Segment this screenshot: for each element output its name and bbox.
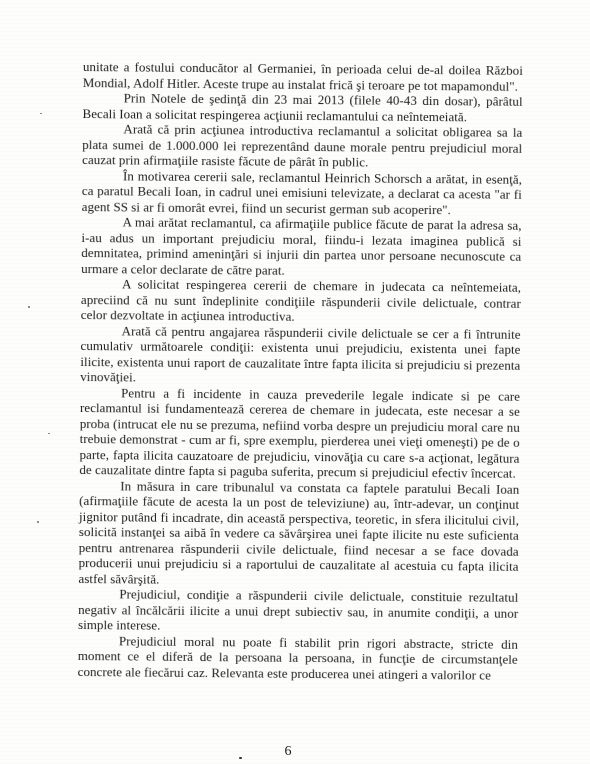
paragraph: In măsura in care tribunalul va constata… bbox=[78, 477, 519, 589]
paragraph: Prin Notele de şedinţă din 23 mai 2013 (… bbox=[82, 90, 522, 125]
scan-artifact-dot bbox=[239, 757, 242, 759]
paragraph: Prejudiciul, condiţie a răspunderii civi… bbox=[78, 586, 518, 636]
paragraph: Arată că prin acţiunea introductiva recl… bbox=[82, 121, 522, 171]
scan-artifact-dot bbox=[40, 113, 42, 114]
paragraph: A solicitat respingerea cererii de chema… bbox=[81, 276, 521, 326]
paragraph: A mai arătat reclamantul, ca afirmaţiile… bbox=[81, 214, 522, 280]
paragraph: În motivarea cererii sale, reclamantul H… bbox=[82, 167, 522, 217]
scan-artifact-dot bbox=[37, 521, 39, 523]
scan-artifact-dot bbox=[48, 433, 50, 434]
paragraph: Prejudiciul moral nu poate fi stabilit p… bbox=[78, 632, 518, 682]
page-number: 6 bbox=[0, 744, 576, 760]
scan-artifact-dot bbox=[28, 306, 30, 308]
paragraph: Arată că pentru angajarea răspunderii ci… bbox=[80, 322, 521, 388]
paragraph: Pentru a fi incidente in cauza prevederi… bbox=[79, 384, 520, 481]
document-page: unitate a fostului conducător al Germani… bbox=[0, 0, 590, 764]
document-body-text: unitate a fostului conducător al Germani… bbox=[78, 59, 523, 683]
paragraph: unitate a fostului conducător al Germani… bbox=[83, 59, 523, 94]
